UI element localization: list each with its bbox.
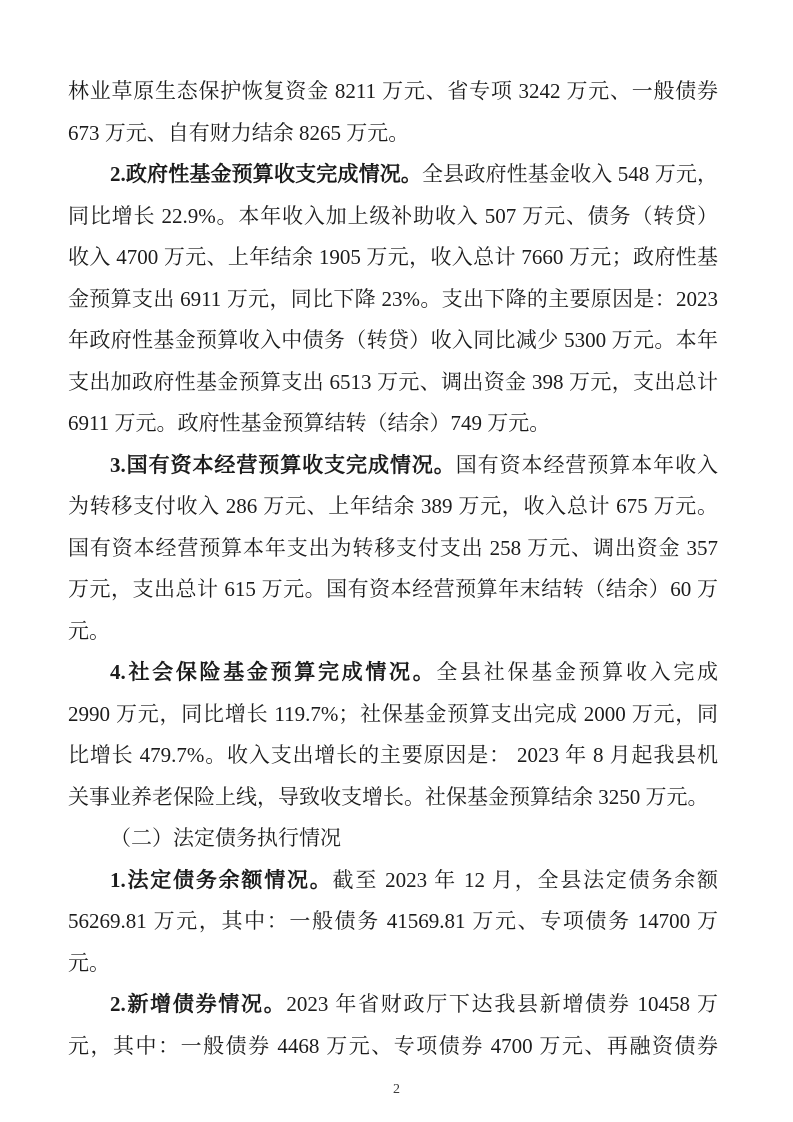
text-segment: 收入 4700 万元、上年结余 1905 万元，收入总计 7660 万元；政府性…	[68, 245, 718, 269]
text-line: 国有资本经营预算本年支出为转移支付支出 258 万元、调出资金 357	[68, 528, 718, 570]
text-line: 673 万元、自有财力结余 8265 万元。	[68, 113, 718, 155]
text-segment: 截至 2023 年 12 月，全县法定债务余额	[333, 868, 718, 892]
text-segment: 元，其中：一般债券 4468 万元、专项债券 4700 万元、再融资债券	[68, 1034, 718, 1058]
text-line: 1.法定债务余额情况。截至 2023 年 12 月，全县法定债务余额	[68, 860, 718, 902]
text-segment: 比增长 479.7%。收入支出增长的主要原因是： 2023 年 8 月起我县机	[68, 743, 718, 767]
text-line: 3.国有资本经营预算收支完成情况。国有资本经营预算本年收入	[68, 445, 718, 487]
text-line: 支出加政府性基金预算支出 6513 万元、调出资金 398 万元，支出总计	[68, 362, 718, 404]
text-segment: 林业草原生态保护恢复资金 8211 万元、省专项 3242 万元、一般债券	[68, 79, 718, 103]
heading-segment: 1.法定债务余额情况。	[110, 868, 333, 892]
text-line: 同比增长 22.9%。本年收入加上级补助收入 507 万元、债务（转贷）	[68, 196, 718, 238]
heading-segment: 2.政府性基金预算收支完成情况。	[110, 162, 422, 186]
text-line: 林业草原生态保护恢复资金 8211 万元、省专项 3242 万元、一般债券	[68, 71, 718, 113]
text-line: 元。	[68, 943, 718, 985]
text-line: 年政府性基金预算收入中债务（转贷）收入同比减少 5300 万元。本年	[68, 320, 718, 362]
text-segment: 2990 万元，同比增长 119.7%；社保基金预算支出完成 2000 万元，同	[68, 702, 718, 726]
document-page: 林业草原生态保护恢复资金 8211 万元、省专项 3242 万元、一般债券673…	[0, 0, 793, 1122]
text-segment: 元。	[68, 951, 110, 975]
text-line: 6911 万元。政府性基金预算结转（结余）749 万元。	[68, 403, 718, 445]
text-line: 比增长 479.7%。收入支出增长的主要原因是： 2023 年 8 月起我县机	[68, 735, 718, 777]
text-segment: 同比增长 22.9%。本年收入加上级补助收入 507 万元、债务（转贷）	[68, 204, 718, 228]
heading-segment: 3.国有资本经营预算收支完成情况。	[110, 453, 456, 477]
text-segment: 全县社保基金预算收入完成	[436, 660, 718, 684]
text-segment: 万元，支出总计 615 万元。国有资本经营预算年末结转（结余）60 万	[68, 577, 718, 601]
heading-segment: 4.社会保险基金预算完成情况。	[110, 660, 436, 684]
text-line: （二）法定债务执行情况	[68, 818, 718, 860]
text-segment: 56269.81 万元，其中：一般债务 41569.81 万元、专项债务 147…	[68, 909, 718, 933]
document-body: 林业草原生态保护恢复资金 8211 万元、省专项 3242 万元、一般债券673…	[68, 71, 718, 1067]
text-line: 元。	[68, 611, 718, 653]
text-line: 金预算支出 6911 万元，同比下降 23%。支出下降的主要原因是：2023	[68, 279, 718, 321]
text-segment: 全县政府性基金收入 548 万元，	[422, 162, 718, 186]
heading-segment: 2.新增债券情况。	[110, 992, 286, 1016]
text-segment: 673 万元、自有财力结余 8265 万元。	[68, 121, 409, 145]
text-segment: 元。	[68, 619, 110, 643]
text-line: 2.政府性基金预算收支完成情况。全县政府性基金收入 548 万元，	[68, 154, 718, 196]
text-line: 2990 万元，同比增长 119.7%；社保基金预算支出完成 2000 万元，同	[68, 694, 718, 736]
text-line: 56269.81 万元，其中：一般债务 41569.81 万元、专项债务 147…	[68, 901, 718, 943]
text-segment: 关事业养老保险上线，导致收支增长。社保基金预算结余 3250 万元。	[68, 785, 709, 809]
text-segment: 为转移支付收入 286 万元、上年结余 389 万元，收入总计 675 万元。	[68, 494, 718, 518]
text-segment: 国有资本经营预算本年支出为转移支付支出 258 万元、调出资金 357	[68, 536, 718, 560]
text-segment: 金预算支出 6911 万元，同比下降 23%。支出下降的主要原因是：2023	[68, 287, 718, 311]
text-line: 为转移支付收入 286 万元、上年结余 389 万元，收入总计 675 万元。	[68, 486, 718, 528]
text-line: 关事业养老保险上线，导致收支增长。社保基金预算结余 3250 万元。	[68, 777, 718, 819]
text-line: 收入 4700 万元、上年结余 1905 万元，收入总计 7660 万元；政府性…	[68, 237, 718, 279]
text-line: 元，其中：一般债券 4468 万元、专项债券 4700 万元、再融资债券	[68, 1026, 718, 1068]
text-segment: 6911 万元。政府性基金预算结转（结余）749 万元。	[68, 411, 550, 435]
text-segment: 年政府性基金预算收入中债务（转贷）收入同比减少 5300 万元。本年	[68, 328, 718, 352]
text-segment: 支出加政府性基金预算支出 6513 万元、调出资金 398 万元，支出总计	[68, 370, 718, 394]
text-line: 万元，支出总计 615 万元。国有资本经营预算年末结转（结余）60 万	[68, 569, 718, 611]
page-number: 2	[0, 1080, 793, 1100]
text-segment: （二）法定债务执行情况	[110, 826, 341, 850]
text-segment: 国有资本经营预算本年收入	[456, 453, 718, 477]
text-line: 4.社会保险基金预算完成情况。全县社保基金预算收入完成	[68, 652, 718, 694]
text-line: 2.新增债券情况。2023 年省财政厅下达我县新增债券 10458 万	[68, 984, 718, 1026]
text-segment: 2023 年省财政厅下达我县新增债券 10458 万	[286, 992, 718, 1016]
